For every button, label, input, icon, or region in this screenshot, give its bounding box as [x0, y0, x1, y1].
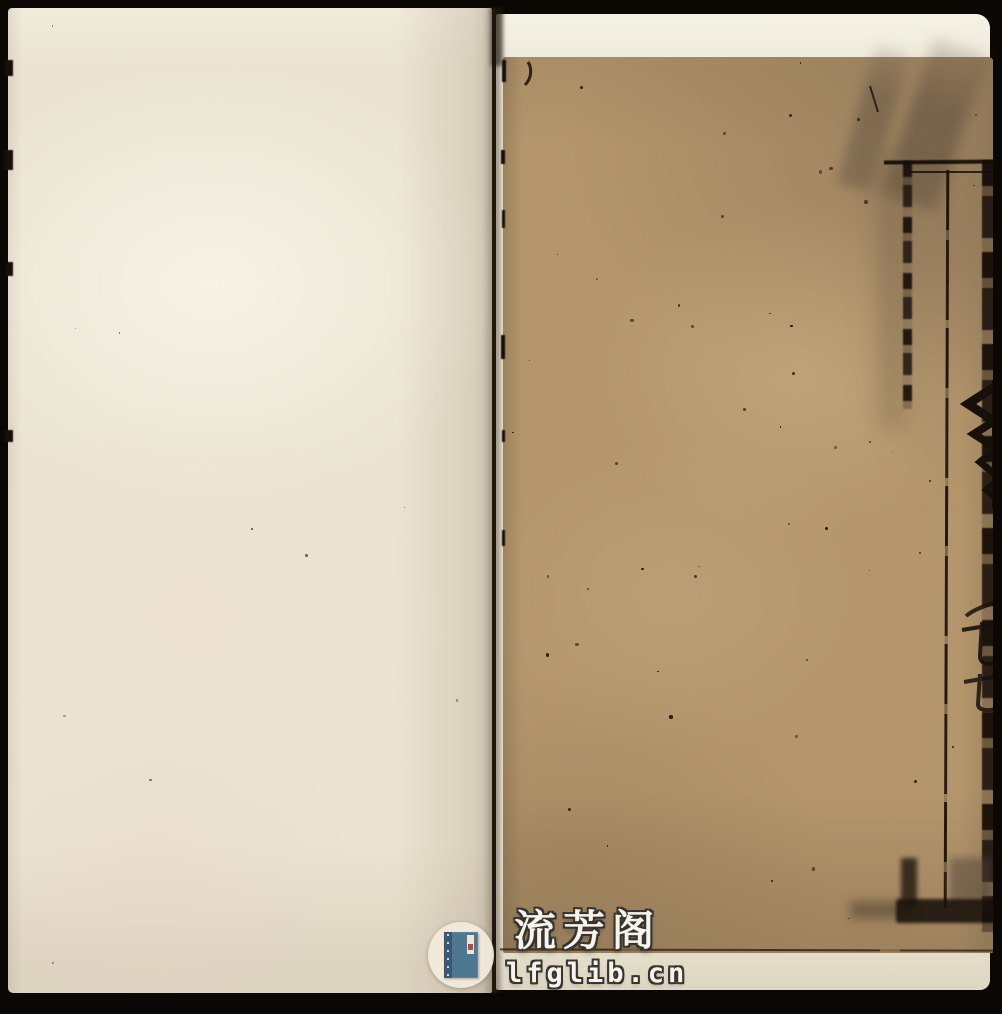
watermark-site-name: 流芳阁	[514, 908, 661, 954]
ink-speck	[788, 523, 790, 525]
ink-speck	[975, 114, 977, 116]
ink-speck	[52, 962, 54, 964]
ink-speck	[946, 280, 948, 282]
scan-border-right	[993, 0, 1002, 1014]
ink-speck	[864, 200, 867, 203]
left-page	[8, 8, 492, 993]
ink-speck	[63, 715, 65, 717]
ink-speck	[596, 278, 598, 280]
ink-speck	[819, 170, 822, 173]
ink-speck	[919, 552, 921, 554]
soft-shadow-band	[878, 160, 906, 430]
printed-frame-left-ragged-band	[903, 161, 912, 409]
ink-speck	[857, 118, 860, 121]
ink-speck	[305, 554, 308, 557]
watermark-site-url: lfglib.cn	[506, 958, 688, 989]
edge-chip	[501, 335, 505, 359]
ink-speck	[769, 313, 770, 314]
ink-speck	[790, 325, 792, 327]
ink-speck	[149, 779, 151, 781]
ink-speck	[615, 462, 618, 465]
ink-speck	[575, 643, 578, 646]
ink-speck	[812, 867, 815, 870]
ink-speck	[546, 653, 549, 656]
ink-speck	[691, 325, 694, 328]
ink-speck	[829, 167, 832, 170]
gutter-shadow-top	[491, 8, 503, 66]
ink-speck	[669, 715, 672, 718]
ink-speck	[580, 86, 583, 89]
ink-speck	[806, 659, 808, 661]
ink-speck	[795, 735, 798, 738]
frame-bottom-band	[896, 899, 1002, 923]
edge-chip	[5, 60, 13, 76]
ink-speck	[678, 304, 681, 307]
watermark-badge	[428, 922, 494, 988]
ink-speck	[512, 432, 513, 433]
ink-speck	[630, 319, 633, 322]
scratch-mark	[866, 84, 882, 114]
edge-chip	[4, 150, 13, 170]
ink-comma-mark	[520, 60, 536, 88]
edge-chip	[502, 530, 505, 546]
book-title-label	[467, 935, 474, 954]
book-stitching	[447, 934, 449, 976]
edge-chip	[502, 430, 505, 442]
edge-chip	[501, 150, 505, 164]
book-scan: 流芳阁 lfglib.cn	[0, 0, 1002, 1014]
ink-gray-patch	[950, 858, 992, 904]
edge-chip	[6, 262, 13, 276]
ink-speck	[251, 528, 253, 530]
ink-speck	[607, 845, 608, 846]
edge-chip	[502, 60, 506, 82]
watermark: 流芳阁 lfglib.cn	[418, 906, 698, 1008]
ink-speck	[848, 918, 850, 920]
ink-speck	[834, 446, 837, 449]
ink-speck	[568, 808, 571, 811]
ink-speck	[792, 372, 795, 375]
ink-speck	[723, 132, 726, 135]
ink-speck	[869, 570, 870, 571]
edge-chip	[5, 430, 13, 442]
ink-speck	[52, 25, 53, 26]
edge-chip	[502, 210, 505, 228]
book-seal-mark	[468, 944, 473, 950]
traditional-book-icon	[444, 932, 478, 978]
